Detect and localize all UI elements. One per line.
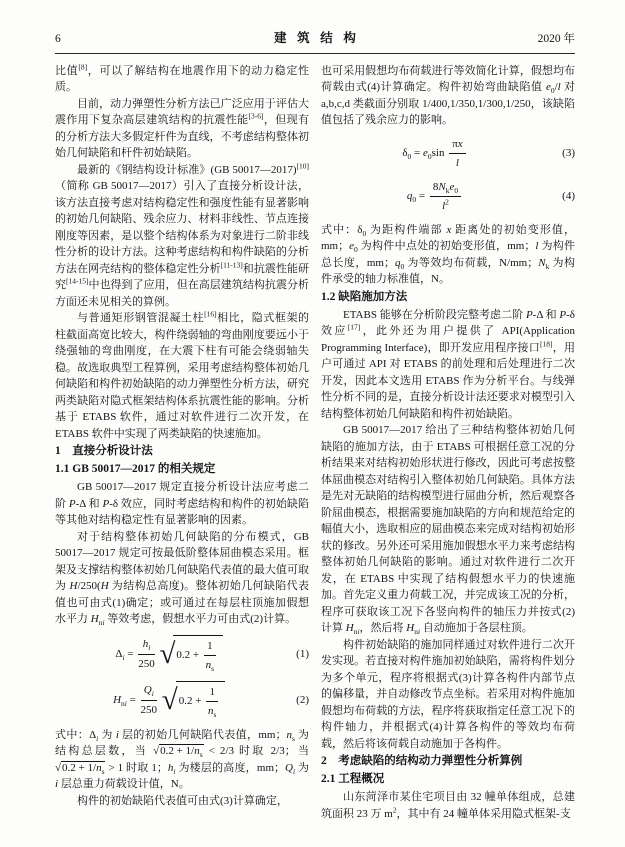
section-heading-1: 1 直接分析设计法: [55, 443, 309, 460]
where-clause: 式中：δ0 为距构件端部 x 距离处的初始变形值，mm；e0 为构件中点处的初始…: [321, 222, 575, 288]
equation-number: (1): [283, 646, 309, 663]
denominator: 250: [138, 655, 155, 673]
paragraph: 对于结构整体初始几何缺陷的分布模式，GB 50017—2017 规定可按最低阶整…: [55, 529, 309, 628]
where-clause: 式中：Δi 为 i 层的初始几何缺陷代表值，mm；ns 为结构总层数，当 √0.…: [55, 727, 309, 793]
paragraph: 构件初始缺陷的施加同样通过对软件进行二次开发实现。若直接对构件施加初始缺陷，需将…: [321, 637, 575, 753]
numerator: πx: [449, 136, 465, 155]
denominator: ns: [204, 656, 216, 674]
denominator: ns: [206, 702, 218, 720]
fraction: hi 250: [138, 636, 155, 672]
two-column-body: 比值[8]，可以了解结构在地震作用下的动力稳定性质。 目前，动力弹塑性分析方法已…: [55, 63, 575, 823]
section-heading-2: 2 考虑缺陷的结构动力弹塑性分析算例: [321, 753, 575, 770]
equation-2: Hni = Qi 250 √ 0.2 + 1 ns: [55, 681, 309, 720]
radicand: 0.2 + 1 ns: [176, 681, 225, 720]
journal-year: 2020 年: [445, 31, 575, 48]
equation-body: Hni = Qi 250 √ 0.2 + 1 ns: [55, 681, 283, 720]
equation-body: q0 = 8Nke0 l2: [321, 179, 549, 215]
left-column: 比值[8]，可以了解结构在地震作用下的动力稳定性质。 目前，动力弹塑性分析方法已…: [55, 63, 309, 823]
equation-number: (2): [283, 692, 309, 709]
journal-title: 建筑结构: [185, 30, 445, 47]
numerator: 1: [204, 638, 216, 657]
section-heading-1-2: 1.2 缺陷施加方法: [321, 289, 575, 306]
square-root: √ 0.2 + 1 ns: [162, 681, 225, 720]
paragraph: ETABS 能够在分析阶段完整考虑二阶 P-Δ 和 P-δ 效应[17]，此外还…: [321, 307, 575, 423]
paragraph: 山东菏泽市某住宅项目由 32 幢单体组成，总建筑面积 23 万 m2，其中有 2…: [321, 789, 575, 822]
section-heading-1-1: 1.1 GB 50017—2017 的相关规定: [55, 461, 309, 478]
denominator: 250: [141, 701, 158, 719]
equation-1: Δi = hi 250 √ 0.2 + 1 ns: [55, 635, 309, 674]
paragraph: 最新的《钢结构设计标准》(GB 50017—2017)[10]（简称 GB 50…: [55, 162, 309, 311]
paragraph: GB 50017—2017 规定直接分析设计法应考虑二阶 P-Δ 和 P-δ 效…: [55, 479, 309, 529]
fraction: 8Nke0 l2: [430, 179, 461, 215]
paragraph: 与普通矩形钢管混凝土柱[16]相比，隐式框架的柱截面高宽比较大，构件绕弱轴的弯曲…: [55, 310, 309, 442]
equation-lhs: Δi =: [115, 648, 133, 660]
paper-page: 6 建筑结构 2020 年 比值[8]，可以了解结构在地震作用下的动力稳定性质。…: [0, 0, 625, 847]
square-root: √ 0.2 + 1 ns: [159, 635, 222, 674]
paragraph: GB 50017—2017 给出了三种结构整体初始几何缺陷的施加方法，由于 ET…: [321, 422, 575, 637]
paragraph: 构件的初始缺陷代表值可由式(3)计算确定，: [55, 793, 309, 810]
fraction: πx l: [449, 136, 465, 172]
fraction: 1 ns: [206, 684, 218, 720]
numerator: Qi: [141, 682, 158, 701]
radicand: 0.2 + 1 ns: [173, 635, 222, 674]
page-number: 6: [55, 31, 185, 48]
equation-lhs: Hni =: [113, 694, 136, 706]
equation-lhs: δ0 = e0sin: [402, 147, 444, 159]
fraction: 1 ns: [204, 638, 216, 674]
right-column: 也可采用假想均布荷载进行等效简化计算，假想均布荷载由式(4)计算确定。构件初始弯…: [321, 63, 575, 823]
numerator: 1: [206, 684, 218, 703]
paragraph: 也可采用假想均布荷载进行等效简化计算，假想均布荷载由式(4)计算确定。构件初始弯…: [321, 63, 575, 129]
section-heading-2-1: 2.1 工程概况: [321, 771, 575, 788]
equation-number: (4): [549, 188, 575, 205]
equation-body: Δi = hi 250 √ 0.2 + 1 ns: [55, 635, 283, 674]
paragraph: 比值[8]，可以了解结构在地震作用下的动力稳定性质。: [55, 63, 309, 96]
equation-3: δ0 = e0sin πx l (3): [321, 136, 575, 172]
equation-body: δ0 = e0sin πx l: [321, 136, 549, 172]
paragraph: 目前，动力弹塑性分析方法已广泛应用于评估大震作用下复杂高层建筑结构的抗震性能[3…: [55, 96, 309, 162]
equation-lhs: q0 =: [407, 190, 425, 202]
equation-4: q0 = 8Nke0 l2 (4): [321, 179, 575, 215]
numerator: hi: [138, 636, 155, 655]
fraction: Qi 250: [141, 682, 158, 718]
numerator: 8Nke0: [430, 179, 461, 198]
page-header: 6 建筑结构 2020 年: [55, 30, 575, 54]
denominator: l2: [430, 197, 461, 215]
equation-number: (3): [549, 145, 575, 162]
denominator: l: [449, 154, 465, 172]
